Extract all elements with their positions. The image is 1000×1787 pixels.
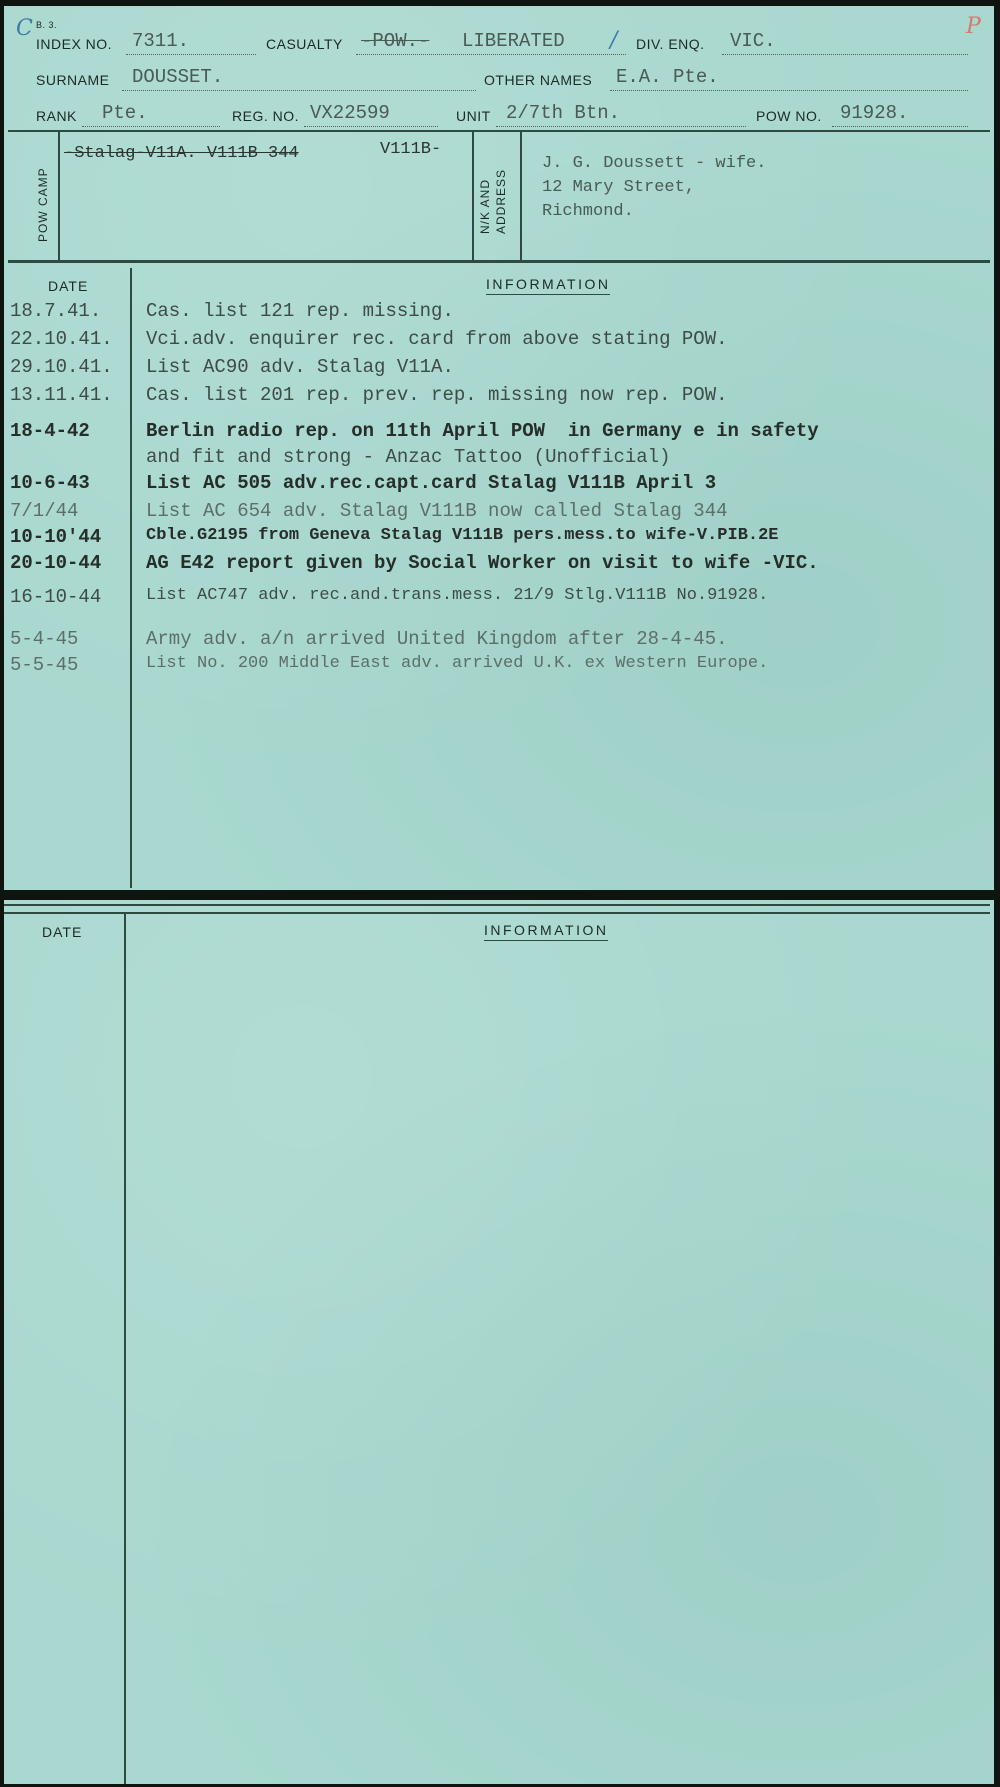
other-names-label: OTHER NAMES <box>484 72 592 88</box>
reg-no-value: VX22599 <box>310 102 390 124</box>
unit-label: UNIT <box>456 108 491 124</box>
casualty-label: CASUALTY <box>266 36 343 52</box>
log-row-text: List AC 505 adv.rec.capt.card Stalag V11… <box>146 472 716 494</box>
log-row-text: Cas. list 121 rep. missing. <box>146 300 454 322</box>
index-no-value: 7311. <box>132 30 189 52</box>
date-column-header: DATE <box>48 278 88 294</box>
log-row-text: Berlin radio rep. on 11th April POW in G… <box>146 420 819 442</box>
index-no-label: INDEX No. <box>36 36 112 52</box>
log-row-date: 18-4-42 <box>10 420 90 442</box>
surname-value: DOUSSET. <box>132 66 223 88</box>
casualty-value: LIBERATED <box>462 30 565 52</box>
log-row-text: List No. 200 Middle East adv. arrived U.… <box>146 654 768 673</box>
surname-label: SURNAME <box>36 72 110 88</box>
log-row-date: 20-10-44 <box>10 552 101 574</box>
nok-address: J. G. Doussett - wife. 12 Mary Street, R… <box>542 152 766 224</box>
record-card-front: B. 3. C P INDEX No. 7311. CASUALTY -POW.… <box>4 6 994 890</box>
nok-label-line1: N/K AND <box>478 179 492 234</box>
form-code: B. 3. <box>36 20 57 30</box>
reg-no-label: REG. No. <box>232 108 299 124</box>
pow-camp-struck-values: -Stalag-V11A. V111B 344 <box>64 144 299 163</box>
log-row-text: Vci.adv. enquirer rec. card from above s… <box>146 328 728 350</box>
casualty-tick: / <box>610 28 617 53</box>
rank-label: RANK <box>36 108 77 124</box>
log-row-date: 10-6-43 <box>10 472 90 494</box>
log-row-date: 5-4-45 <box>10 628 78 650</box>
unit-value: 2/7th Btn. <box>506 102 620 124</box>
div-enq-label: DIV. ENQ. <box>636 36 705 52</box>
other-names-value: E.A. Pte. <box>616 66 719 88</box>
div-enq-value: VIC. <box>730 30 776 52</box>
log-row-text: AG E42 report given by Social Worker on … <box>146 552 819 574</box>
log-row-date: 13.11.41. <box>10 384 113 406</box>
pow-no-value: 91928. <box>840 102 908 124</box>
corner-mark: P <box>966 14 981 39</box>
log-row-date: 5-5-45 <box>10 654 78 676</box>
log-row-text: List AC747 adv. rec.and.trans.mess. 21/9… <box>146 586 768 605</box>
pow-camp-label: POW CAMP <box>36 167 50 242</box>
record-card-back: DATE INFORMATION <box>4 900 994 1784</box>
log-row-date: 22.10.41. <box>10 328 113 350</box>
rank-value: Pte. <box>102 102 148 124</box>
back-date-column-header: DATE <box>42 924 82 940</box>
log-row-date: 10-10'44 <box>10 526 101 548</box>
pow-no-label: POW No. <box>756 108 822 124</box>
back-information-column-header: INFORMATION <box>484 922 608 941</box>
nok-label-line2: ADDRESS <box>494 169 508 234</box>
log-row-date: 7/1/44 <box>10 500 78 522</box>
log-row-text: Cas. list 201 rep. prev. rep. missing no… <box>146 384 728 406</box>
log-row-date: 16-10-44 <box>10 586 101 608</box>
casualty-struck-value: -POW.- <box>361 30 429 52</box>
information-column-header: INFORMATION <box>486 276 610 295</box>
log-row-date: 29.10.41. <box>10 356 113 378</box>
log-row-text: Cble.G2195 from Geneva Stalag V111B pers… <box>146 526 779 545</box>
log-row-text: Army adv. a/n arrived United Kingdom aft… <box>146 628 728 650</box>
log-row-text: and fit and strong - Anzac Tattoo (Unoff… <box>146 446 671 468</box>
pow-camp-value: V111B- <box>380 140 441 159</box>
log-row-text: List AC90 adv. Stalag V11A. <box>146 356 454 378</box>
log-row-date: 18.7.41. <box>10 300 101 322</box>
log-row-text: List AC 654 adv. Stalag V111B now called… <box>146 500 728 522</box>
handwritten-mark: C <box>16 16 33 41</box>
